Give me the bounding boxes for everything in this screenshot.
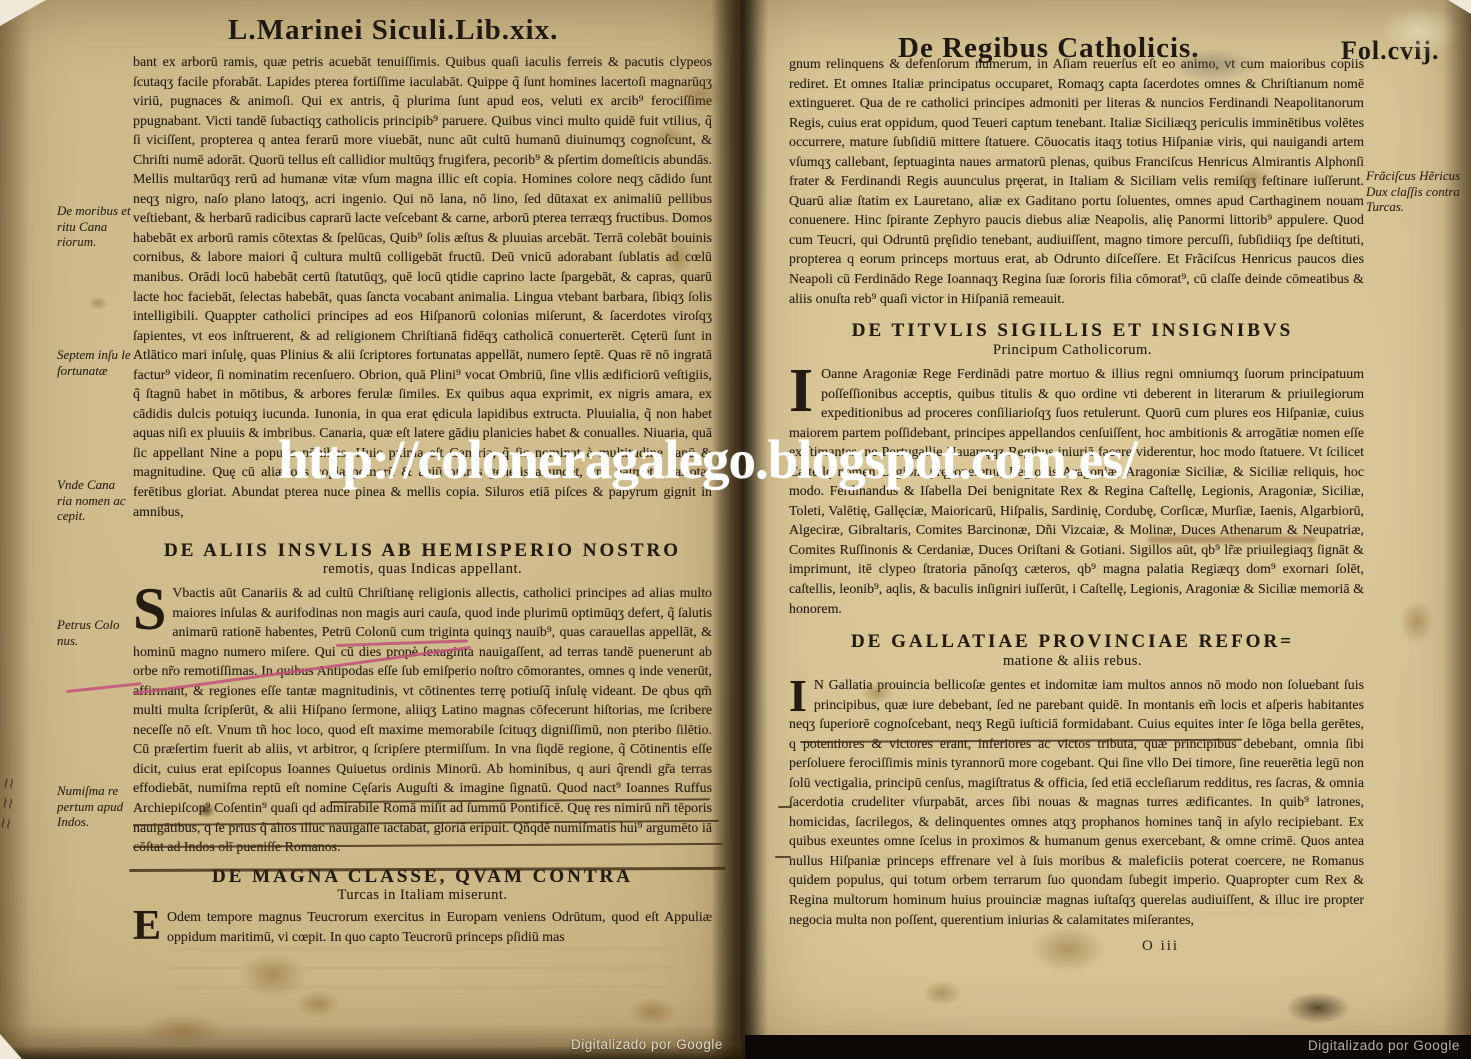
left-section-subheading-2: Turcas in Italiam miserunt.: [150, 887, 695, 904]
left-section-subheading-1: remotis, quas Indicas appellant.: [150, 561, 695, 578]
left-section-heading-1: DE ALIIS INSVLIS AB HEMISPERIO NOSTRO: [150, 540, 695, 562]
right-section-subheading-1: Principum Catholicorum.: [800, 342, 1345, 359]
book-scan: { "watermark": { "text": "http://coloner…: [0, 0, 1471, 1059]
page-gutter: [712, 0, 768, 1059]
left-paragraph-2-text: Vbactis aūt Canariis & ad cultū Chriſtia…: [133, 586, 712, 855]
margin-note-canariorum: De moribus et ritu Cana riorum.: [57, 203, 131, 250]
ink-squiggle: ≀≀: [2, 777, 15, 791]
margin-note-franciscus-henricus: Frãciſcus Hẽricus Dux claſſis contra Tur…: [1366, 168, 1464, 215]
margin-note-canaria-nomen: Vnde Cana ria nomen ac cepit.: [57, 477, 131, 524]
drop-cap-e: E: [133, 910, 161, 943]
margin-dash: [775, 856, 791, 858]
margin-dash: [778, 806, 792, 808]
drop-cap-i: I: [789, 367, 813, 415]
google-credit-right: Digitalizado por Google: [1308, 1038, 1460, 1053]
ink-squiggle: ≀≀: [1, 797, 14, 811]
margin-note-numisma: Numiſma re pertum apud Indos.: [57, 783, 131, 830]
left-paragraph-3-text: Odem tempore magnus Teucrorum exercitus …: [167, 910, 712, 945]
left-running-title: L.Marinei Siculi.Lib.xix.: [228, 14, 558, 47]
url-watermark: http://coloneragalego.blogspot.com.es/: [278, 428, 1293, 498]
bleed-through: [840, 856, 1310, 914]
bleed-through: [170, 948, 670, 988]
drop-cap-s: S: [133, 586, 166, 633]
margin-note-septem-insulae: Septem inſu le fortunatæ: [57, 347, 131, 378]
drop-cap-i2: I: [789, 678, 807, 714]
ink-squiggle: ≀≀: [0, 817, 12, 831]
bleed-through: [800, 86, 1340, 146]
signature-mark: O iii: [1142, 938, 1179, 955]
right-section-heading-1: DE TITVLIS SIGILLIS ET INSIGNIBVS: [800, 320, 1345, 342]
right-section-heading-2: DE GALLATIAE PROVINCIAE REFOR=: [800, 631, 1345, 653]
ink-smear: [1148, 536, 1316, 543]
right-section-subheading-2: matione & aliis rebus.: [800, 653, 1345, 670]
margin-note-petrus-colonus: Petrus Colo nus.: [57, 617, 131, 648]
google-credit-left: Digitalizado por Google: [571, 1037, 723, 1052]
